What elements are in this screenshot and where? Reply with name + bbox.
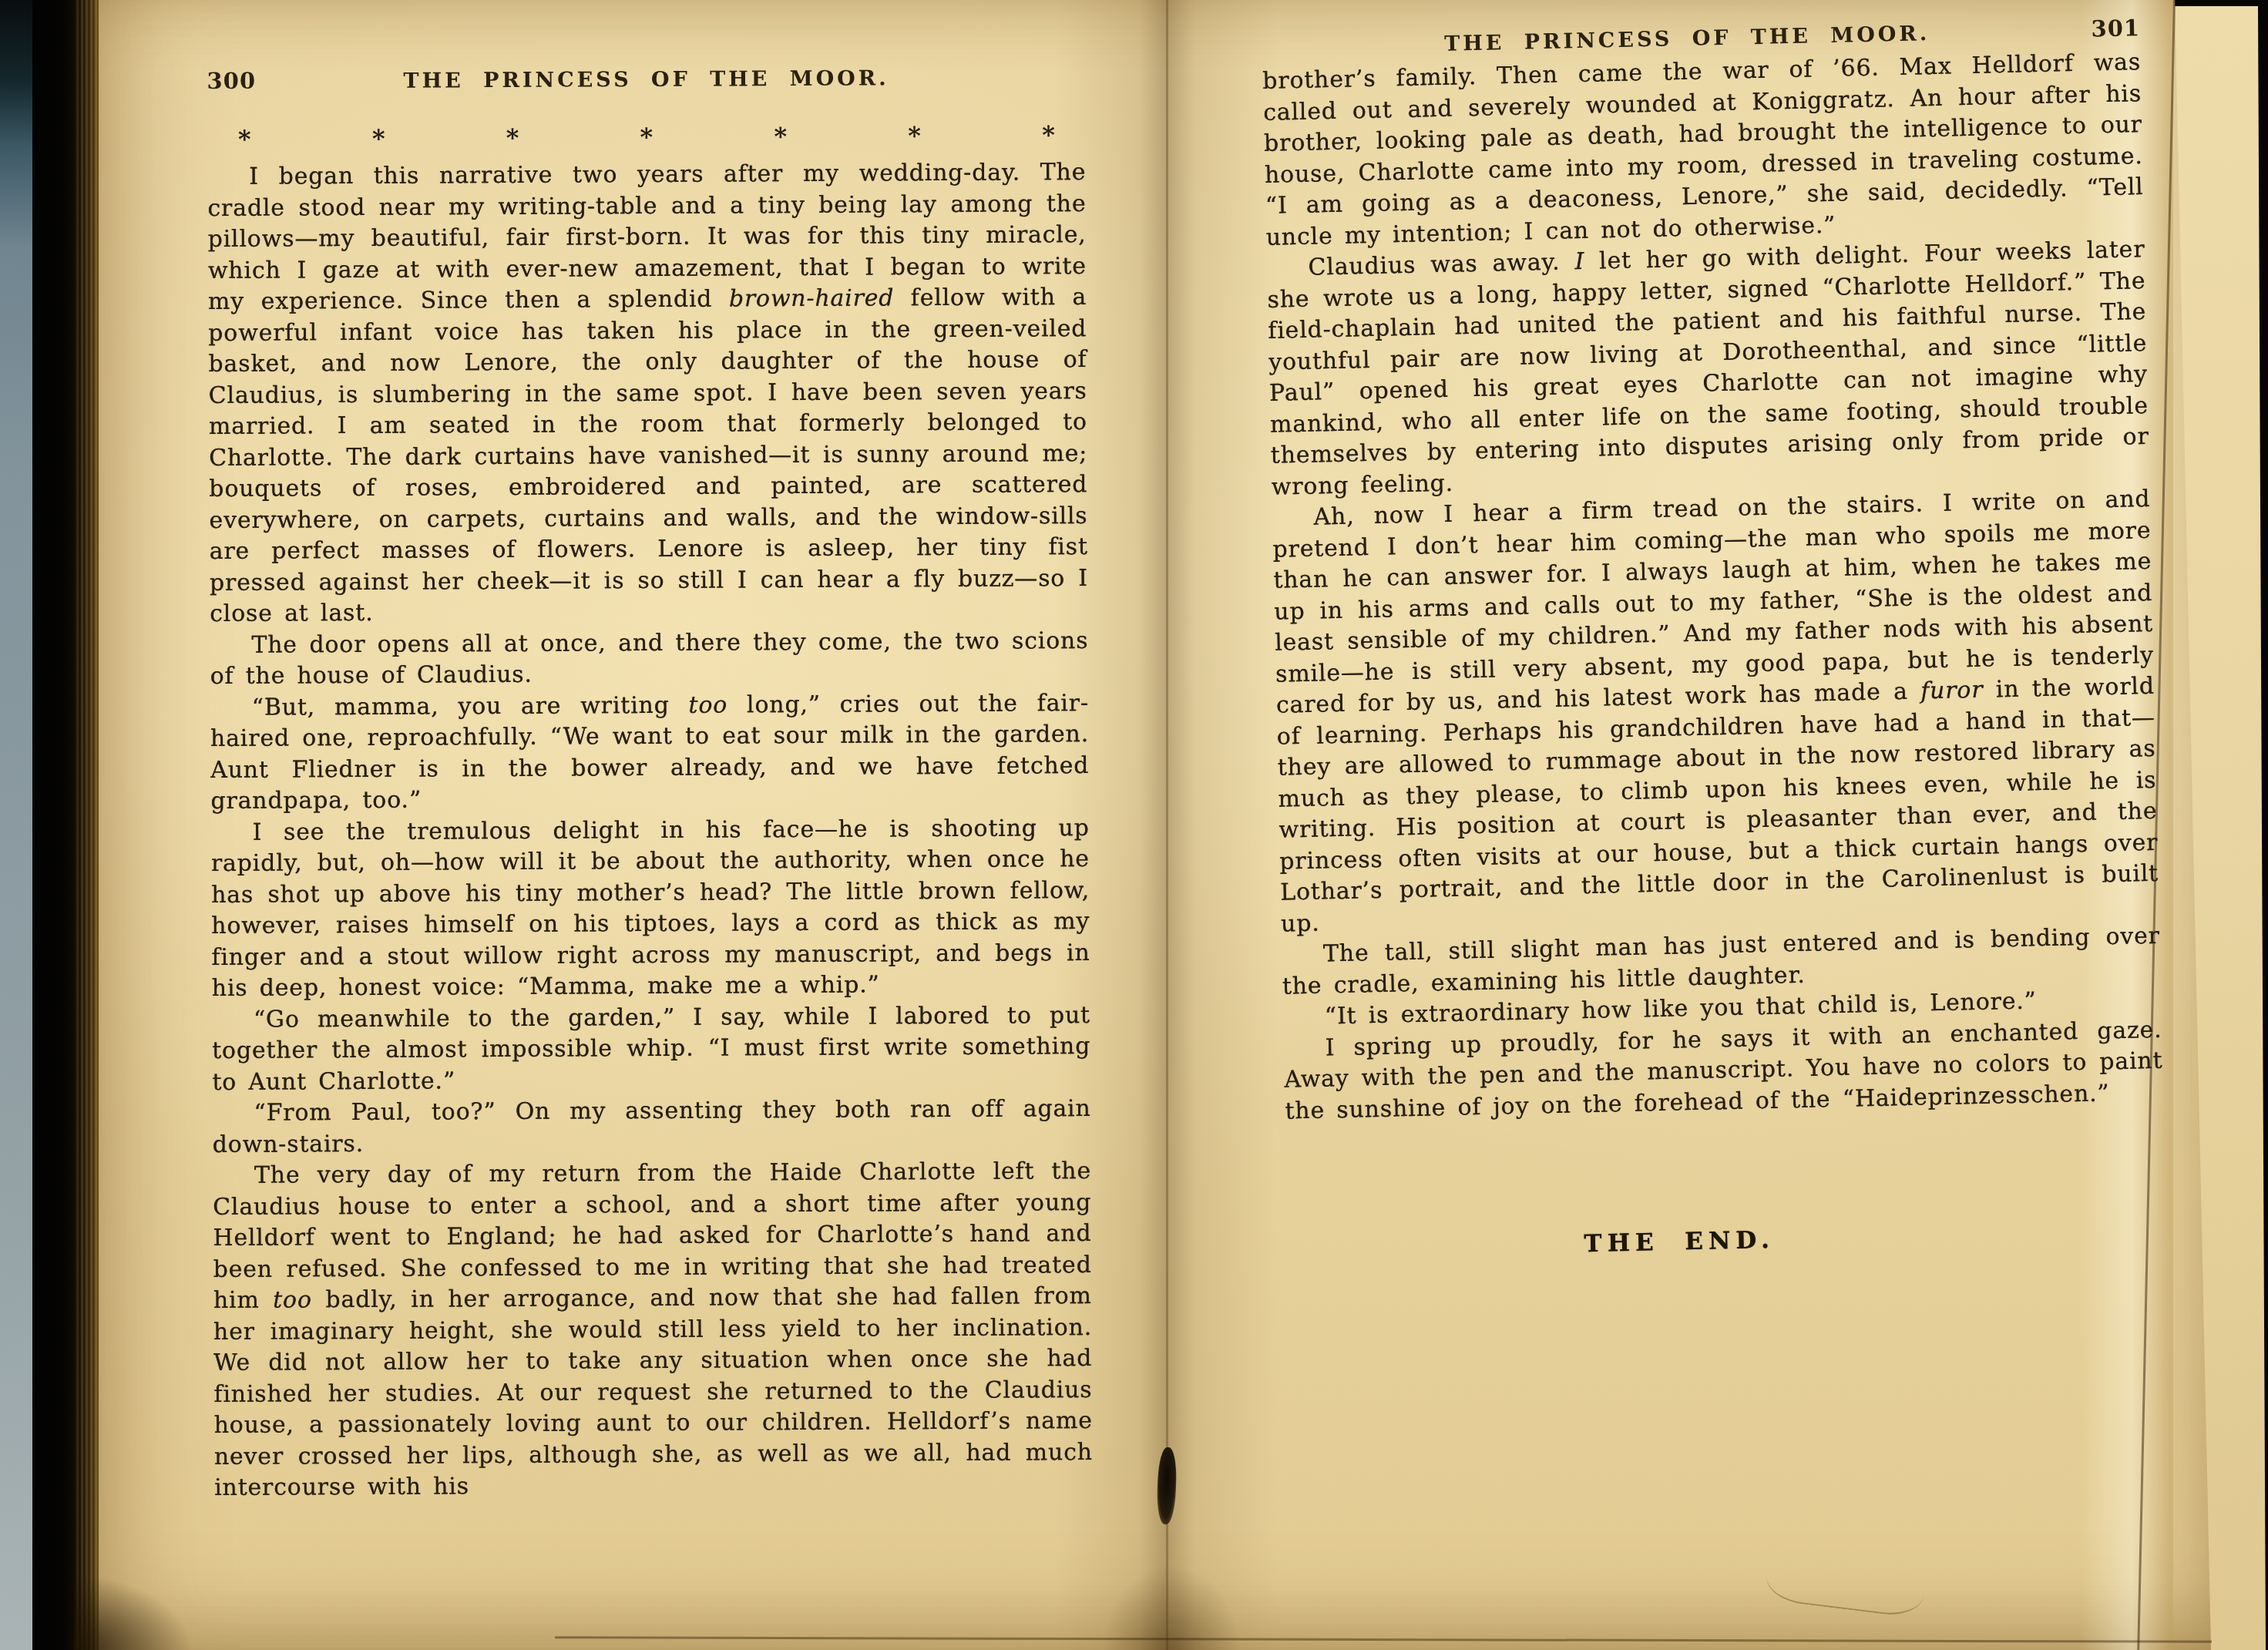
paragraph: Claudius was away. I let her go with del… [1266,234,2150,503]
paragraph: “From Paul, too?” On my assenting they b… [212,1094,1090,1161]
running-head-spacer [1262,52,1362,55]
scanner-background-strip [0,0,35,1650]
page-number: 301 [2040,15,2141,43]
running-head-spacer [986,84,1086,85]
right-page-body: brother’s family. Then came the war of ’… [1262,47,2164,1127]
running-title: THE PRINCESS OF THE MOOR. [307,66,985,94]
left-running-head: 300 THE PRINCESS OF THE MOOR. [207,63,1085,94]
paragraph: I began this narrative two years after m… [207,157,1088,630]
paragraph: Ah, now I hear a firm tread on the stair… [1272,484,2159,940]
book-cover-edge [32,0,77,1650]
right-page: THE PRINCESS OF THE MOOR. 301 brother’s … [1261,0,2167,1265]
paragraph: The very day of my return from the Haide… [213,1156,1093,1504]
paragraph: I see the tremulous delight in his face—… [211,813,1090,1005]
paragraph: brother’s family. Then came the war of ’… [1262,47,2145,254]
paragraph: I spring up proudly, for he says it with… [1283,1014,2163,1127]
left-page-body: I began this narrative two years after m… [207,157,1093,1504]
paragraph: “But, mamma, you are writing too long,” … [210,688,1090,818]
gutter-crease [1166,0,1168,1650]
page-number: 300 [207,67,307,94]
book-scan: 300 THE PRINCESS OF THE MOOR. * * * * * … [0,0,2268,1650]
bottom-left-corner-shadow [74,1577,190,1650]
paragraph: “Go meanwhile to the garden,” I say, whi… [212,1000,1091,1098]
left-page: 300 THE PRINCESS OF THE MOOR. * * * * * … [207,0,1093,1504]
left-page-edge-stack [74,0,100,1650]
asterisk-separator: * * * * * * * [207,120,1086,154]
paragraph: The door opens all at once, and there th… [210,626,1088,693]
